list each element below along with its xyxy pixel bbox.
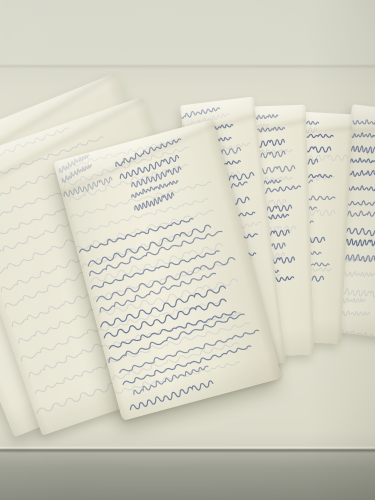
letters-photograph	[0, 0, 375, 500]
letter-stack	[0, 0, 375, 500]
